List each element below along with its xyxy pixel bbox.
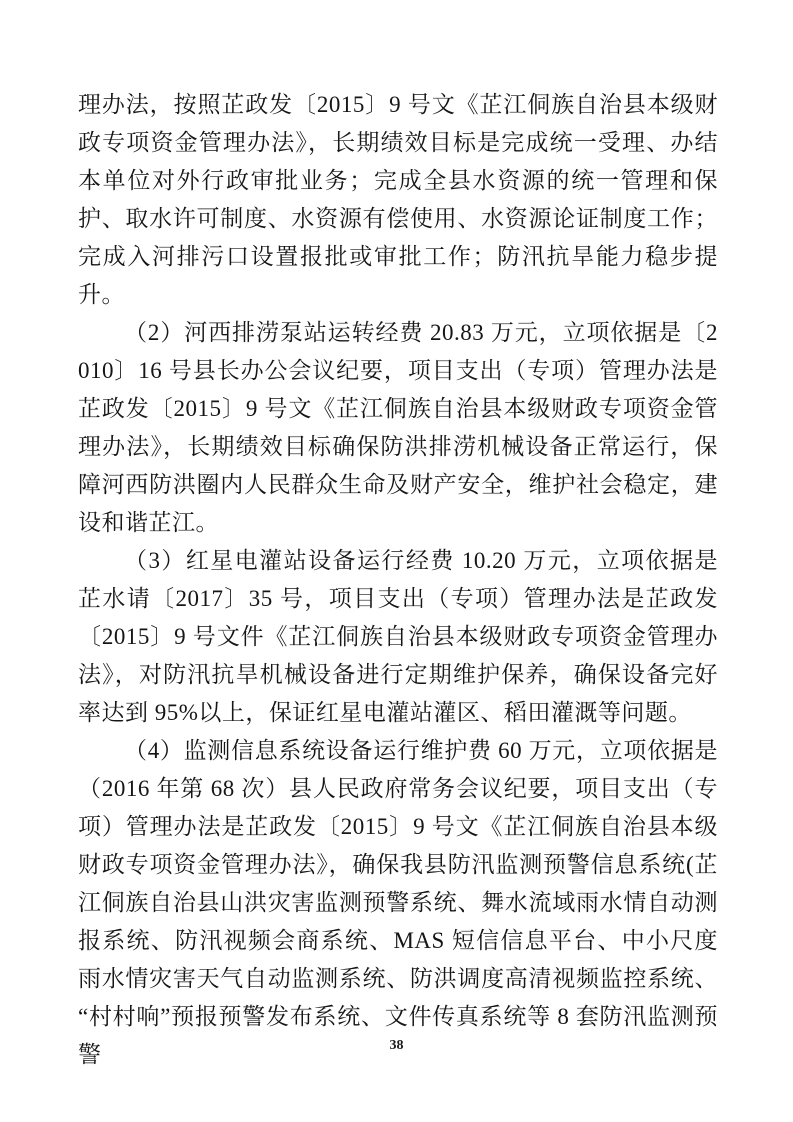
paragraph-continuation: 理办法，按照芷政发〔2015〕9 号文《芷江侗族自治县本级财政专项资金管理办法》…	[78, 86, 718, 314]
page-footer: 38	[0, 1036, 793, 1054]
paragraph-item-4: （4）监测信息系统设备运行维护费 60 万元，立项依据是（2016 年第 68 …	[78, 732, 718, 1074]
paragraph-item-3: （3）红星电灌站设备运行经费 10.20 万元，立项依据是芷水请〔2017〕35…	[78, 542, 718, 732]
page-number: 38	[390, 1038, 404, 1054]
document-page: 理办法，按照芷政发〔2015〕9 号文《芷江侗族自治县本级财政专项资金管理办法》…	[0, 0, 793, 1122]
paragraph-item-2: （2）河西排涝泵站运转经费 20.83 万元，立项依据是〔2010〕16 号县长…	[78, 314, 718, 542]
page-body: 理办法，按照芷政发〔2015〕9 号文《芷江侗族自治县本级财政专项资金管理办法》…	[78, 86, 718, 1074]
